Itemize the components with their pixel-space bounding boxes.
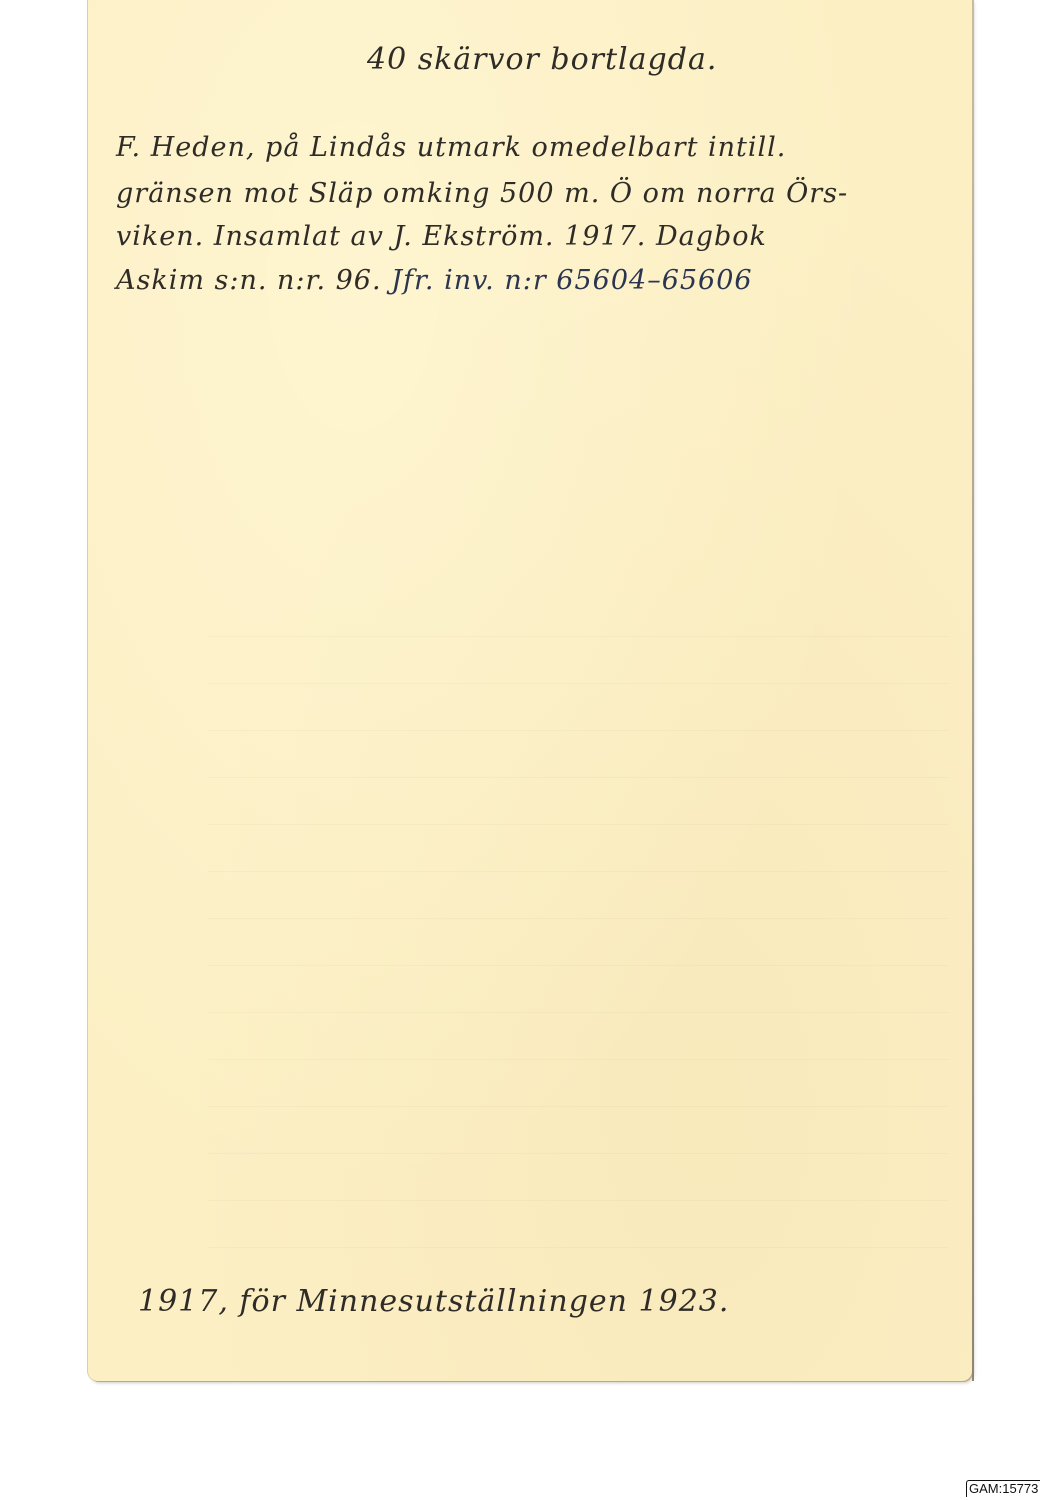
card-title: 40 skärvor bortlagda. [367, 42, 717, 77]
show-through-ruled-lines [208, 590, 948, 1248]
accession-number-label: GAM:15773 [966, 1480, 1040, 1497]
description-line-2: gränsen mot Släp omking 500 m. Ö om norr… [116, 178, 848, 209]
cross-reference: Jfr. inv. n:r 65604–65606 [391, 265, 752, 296]
card-footer-note: 1917, för Minnesutställningen 1923. [138, 1284, 729, 1319]
catalog-card: 40 skärvor bortlagda. F. Heden, på Lindå… [88, 0, 972, 1381]
description-line-3: viken. Insamlat av J. Ekström. 1917. Dag… [116, 221, 767, 252]
reference-line: Askim s:n. n:r. 96. Jfr. inv. n:r 65604–… [116, 265, 753, 296]
description-line-1: F. Heden, på Lindås utmark omedelbart in… [116, 132, 786, 163]
parish-number: Askim s:n. n:r. 96. [116, 265, 382, 296]
